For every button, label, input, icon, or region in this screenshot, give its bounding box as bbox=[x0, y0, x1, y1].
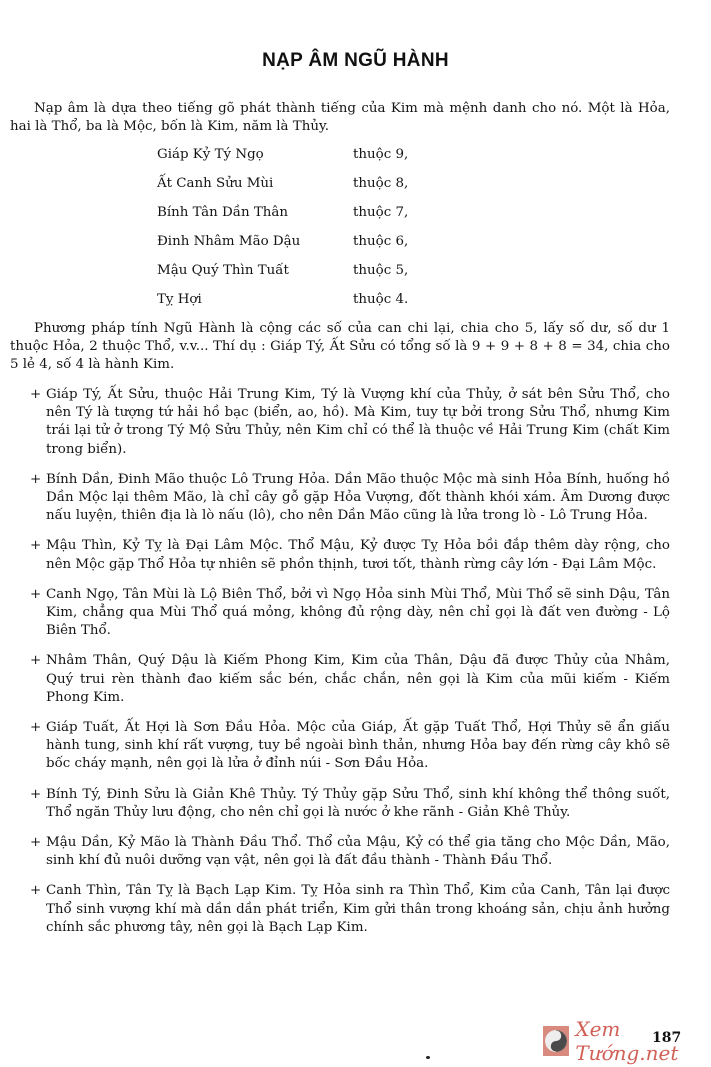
bullet-mark: + bbox=[30, 386, 46, 459]
table-value: thuộc 9, bbox=[353, 147, 473, 176]
table-name: Đinh Nhâm Mão Dậu bbox=[157, 234, 353, 263]
table-value: thuộc 6, bbox=[353, 234, 473, 263]
method-paragraph: Phương pháp tính Ngũ Hành là cộng các số… bbox=[10, 320, 670, 374]
watermark: Xem Tướng.net bbox=[543, 1017, 711, 1065]
bullet-mark: + bbox=[30, 719, 46, 774]
bullet-mark: + bbox=[30, 882, 46, 937]
table-name: Ất Canh Sửu Mùi bbox=[157, 176, 353, 205]
bullet-mark: + bbox=[30, 537, 46, 573]
yin-yang-icon bbox=[543, 1026, 569, 1056]
bullet-list: +Giáp Tý, Ất Sửu, thuộc Hải Trung Kim, T… bbox=[30, 386, 670, 937]
list-item-text: Mậu Dần, Kỷ Mão là Thành Đầu Thổ. Thổ củ… bbox=[46, 834, 670, 870]
list-item: +Bính Dần, Đinh Mão thuộc Lô Trung Hỏa. … bbox=[30, 471, 670, 526]
list-item: +Canh Ngọ, Tân Mùi là Lộ Biên Thổ, bởi v… bbox=[30, 586, 670, 641]
page-title: NẠP ÂM NGŨ HÀNH bbox=[0, 50, 711, 72]
table-name: Bính Tân Dần Thân bbox=[157, 205, 353, 234]
list-item-text: Nhâm Thân, Quý Dậu là Kiếm Phong Kim, Ki… bbox=[46, 652, 670, 707]
bullet-mark: + bbox=[30, 786, 46, 822]
list-item: +Bính Tý, Đinh Sửu là Giản Khê Thủy. Tý … bbox=[30, 786, 670, 822]
table-value: thuộc 8, bbox=[353, 176, 473, 205]
list-item-text: Canh Thìn, Tân Tỵ là Bạch Lạp Kim. Tỵ Hỏ… bbox=[46, 882, 670, 937]
page-number: 187 bbox=[652, 1030, 681, 1046]
table-row: Bính Tân Dần Thânthuộc 7, bbox=[157, 205, 473, 234]
table-value: thuộc 7, bbox=[353, 205, 473, 234]
table-row: Đinh Nhâm Mão Dậuthuộc 6, bbox=[157, 234, 473, 263]
list-item-text: Canh Ngọ, Tân Mùi là Lộ Biên Thổ, bởi vì… bbox=[46, 586, 670, 641]
number-table: Giáp Kỷ Tý Ngọthuộc 9, Ất Canh Sửu Mùith… bbox=[157, 147, 473, 321]
list-item-text: Mậu Thìn, Kỷ Tỵ là Đại Lâm Mộc. Thổ Mậu,… bbox=[46, 537, 670, 573]
list-item: +Giáp Tuất, Ất Hợi là Sơn Đầu Hỏa. Mộc c… bbox=[30, 719, 670, 774]
list-item-text: Giáp Tý, Ất Sửu, thuộc Hải Trung Kim, Tý… bbox=[46, 386, 670, 459]
list-item-text: Giáp Tuất, Ất Hợi là Sơn Đầu Hỏa. Mộc củ… bbox=[46, 719, 670, 774]
bullet-mark: + bbox=[30, 471, 46, 526]
table-row: Giáp Kỷ Tý Ngọthuộc 9, bbox=[157, 147, 473, 176]
table-row: Mậu Quý Thìn Tuấtthuộc 5, bbox=[157, 263, 473, 292]
bullet-mark: + bbox=[30, 586, 46, 641]
list-item: +Giáp Tý, Ất Sửu, thuộc Hải Trung Kim, T… bbox=[30, 386, 670, 459]
scan-speck bbox=[426, 1056, 430, 1059]
table-value: thuộc 5, bbox=[353, 263, 473, 292]
list-item-text: Bính Dần, Đinh Mão thuộc Lô Trung Hỏa. D… bbox=[46, 471, 670, 526]
list-item-text: Bính Tý, Đinh Sửu là Giản Khê Thủy. Tý T… bbox=[46, 786, 670, 822]
bullet-mark: + bbox=[30, 834, 46, 870]
intro-paragraph: Nạp âm là dựa theo tiếng gõ phát thành t… bbox=[10, 100, 670, 136]
table-row: Ất Canh Sửu Mùithuộc 8, bbox=[157, 176, 473, 205]
list-item: +Mậu Dần, Kỷ Mão là Thành Đầu Thổ. Thổ c… bbox=[30, 834, 670, 870]
list-item: +Nhâm Thân, Quý Dậu là Kiếm Phong Kim, K… bbox=[30, 652, 670, 707]
table-name: Giáp Kỷ Tý Ngọ bbox=[157, 147, 353, 176]
table-name: Mậu Quý Thìn Tuất bbox=[157, 263, 353, 292]
bullet-mark: + bbox=[30, 652, 46, 707]
table-row: Tỵ Hợithuộc 4. bbox=[157, 292, 473, 321]
list-item: +Mậu Thìn, Kỷ Tỵ là Đại Lâm Mộc. Thổ Mậu… bbox=[30, 537, 670, 573]
table-value: thuộc 4. bbox=[353, 292, 473, 321]
watermark-text: Xem Tướng.net bbox=[575, 1017, 711, 1065]
list-item: +Canh Thìn, Tân Tỵ là Bạch Lạp Kim. Tỵ H… bbox=[30, 882, 670, 937]
table-name: Tỵ Hợi bbox=[157, 292, 353, 321]
